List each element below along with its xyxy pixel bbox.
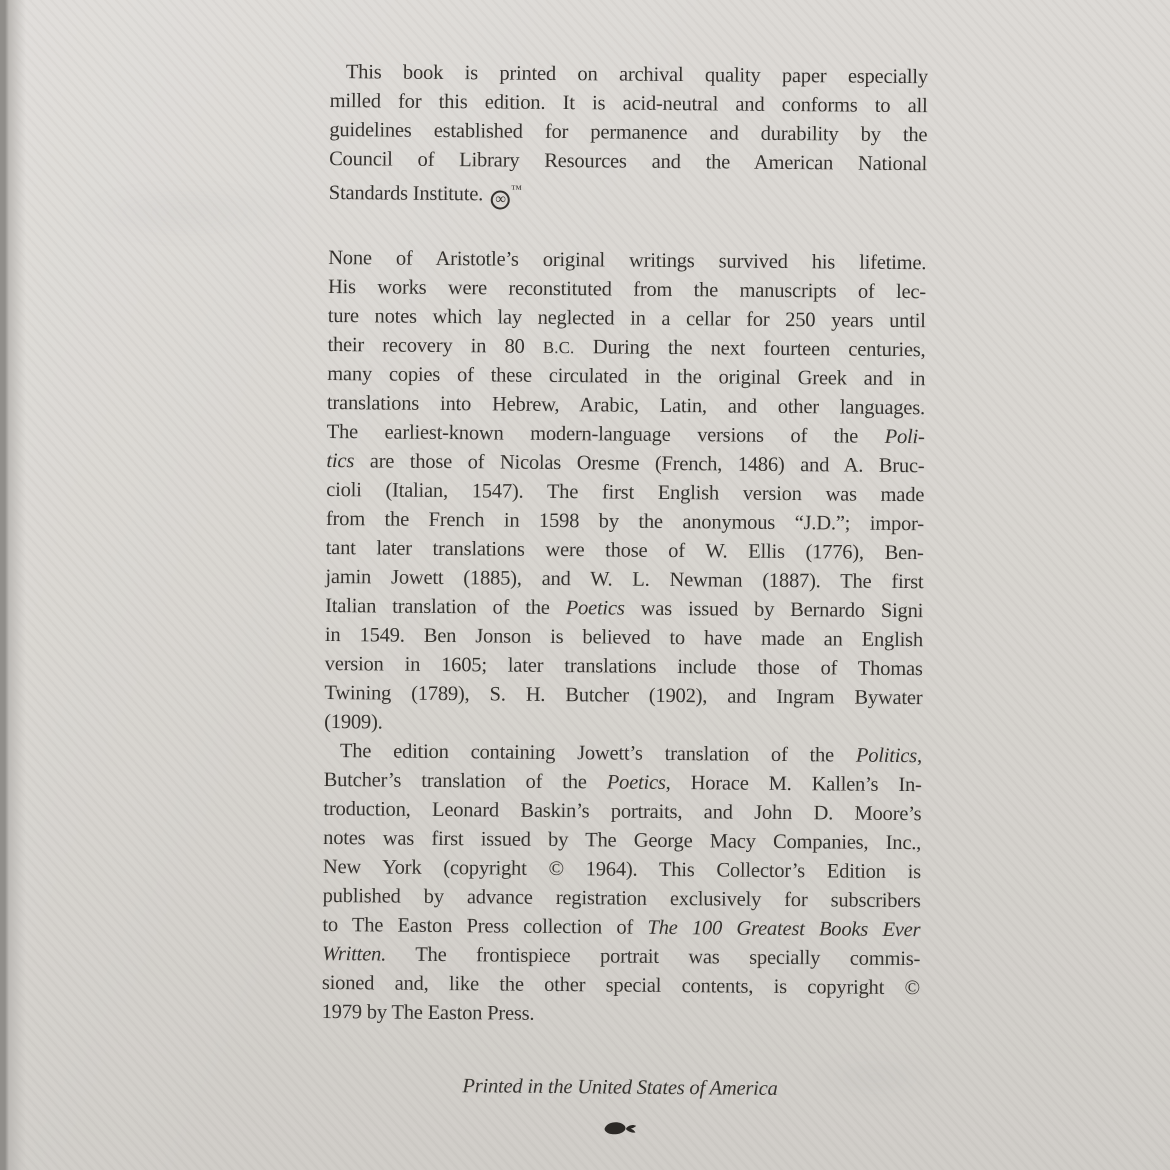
- paragraph-aristotle-translation-history: None of Aristotle’s original writings su…: [324, 244, 926, 742]
- text-line: 1979 by The Easton Press.: [322, 998, 920, 1032]
- show-through-smudge: [60, 178, 310, 248]
- page-content: This book is printed on archival quality…: [321, 58, 928, 1144]
- paragraph-archival-paper-notice: This book is printed on archival quality…: [329, 58, 928, 213]
- permanent-paper-icon: ∞: [491, 190, 510, 209]
- text-line: Twining (1789), S. H. Butcher (1902), an…: [324, 679, 922, 713]
- colophon-text: This book is printed on archival quality…: [322, 58, 928, 1032]
- book-page-photo: This book is printed on archival quality…: [0, 0, 1170, 1170]
- text-line: Standards Institute. ∞™: [329, 174, 927, 213]
- paragraph-edition-copyright-notice: The edition containing Jowett’s translat…: [322, 737, 923, 1032]
- printed-in-line: Printed in the United States of America: [321, 1071, 919, 1105]
- page-edge-shadow: [0, 0, 26, 1170]
- bird-fleuron-icon: [321, 1115, 919, 1144]
